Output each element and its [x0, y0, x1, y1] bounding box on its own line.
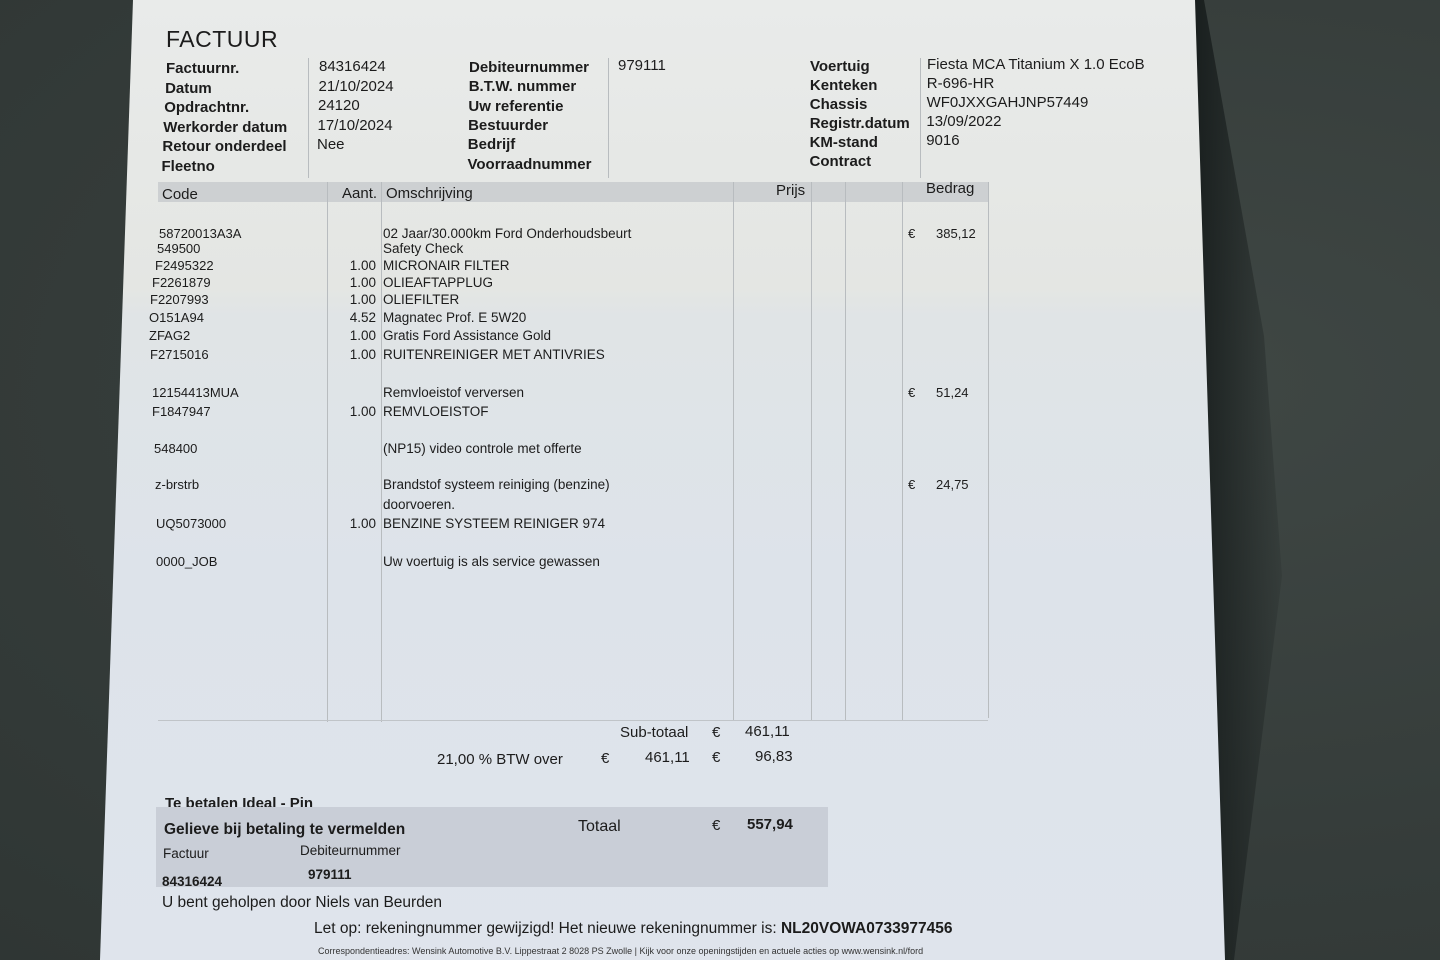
header-field-value: 17/10/2024: [318, 117, 393, 134]
header-field-label: Factuurnr.: [166, 60, 239, 77]
account-change-notice: Let op: rekeningnummer gewijzigd! Het ni…: [314, 920, 952, 938]
vat-base-currency: €: [601, 750, 609, 767]
line-item-quantity: 1.00: [316, 404, 376, 419]
line-item-amount: 385,12: [936, 226, 976, 241]
header-field-label: Werkorder datum: [163, 119, 287, 136]
col-header-qty: Aant.: [342, 185, 377, 202]
col-header-amount: Bedrag: [926, 180, 974, 197]
table-header-bar: [158, 182, 988, 202]
line-item-code: F1847947: [152, 404, 211, 419]
line-item-description: (NP15) video controle met offerte: [383, 441, 582, 456]
header-field-value: WF0JXXGAHJNP57449: [927, 94, 1089, 111]
line-item-code: 549500: [157, 241, 200, 256]
table-bottom-border: [158, 720, 988, 721]
line-item-code: F2261879: [152, 275, 211, 290]
line-item-quantity: 4.52: [316, 310, 376, 325]
line-item-quantity: 1.00: [316, 328, 376, 343]
line-item-amount: 24,75: [936, 477, 969, 492]
header-divider: [608, 58, 609, 178]
line-item-description: Gratis Ford Assistance Gold: [383, 328, 551, 343]
line-item-description: RUITENREINIGER MET ANTIVRIES: [383, 347, 605, 362]
header-field-label: Retour onderdeel: [162, 138, 286, 155]
line-item-code: F2207993: [150, 292, 209, 307]
header-field-value: 24120: [318, 97, 360, 114]
line-item-code: 12154413MUA: [152, 385, 239, 400]
header-field-label: KM-stand: [810, 134, 878, 151]
helped-by-text: U bent geholpen door Niels van Beurden: [162, 894, 442, 912]
payment-instruction: Gelieve bij betaling te vermelden: [164, 821, 405, 839]
header-field-label: Chassis: [810, 96, 868, 113]
col-header-description: Omschrijving: [386, 185, 473, 202]
line-item-description: 02 Jaar/30.000km Ford Onderhoudsbeurt: [383, 226, 631, 241]
invoice-ref-number: 84316424: [162, 874, 222, 889]
line-item-quantity: 1.00: [316, 347, 376, 362]
header-field-value: 84316424: [319, 58, 386, 75]
line-item-code: ZFAG2: [149, 328, 190, 343]
line-item-description: doorvoeren.: [383, 497, 455, 512]
table-column-line: [381, 182, 382, 722]
invoice-ref-label: Factuur: [163, 846, 209, 861]
line-item-currency: €: [908, 385, 915, 400]
header-field-label: Uw referentie: [468, 98, 563, 115]
header-divider: [920, 58, 921, 178]
header-field-value: 21/10/2024: [319, 78, 394, 95]
line-item-code: 0000_JOB: [156, 554, 217, 569]
table-column-line: [811, 182, 812, 720]
line-item-currency: €: [908, 477, 915, 492]
header-field-label: Registr.datum: [810, 115, 910, 132]
line-item-code: z-brstrb: [155, 477, 199, 492]
line-item-description: OLIEAFTAPPLUG: [383, 275, 493, 290]
header-field-value: Fiesta MCA Titanium X 1.0 EcoB: [927, 56, 1145, 73]
header-field-label: Datum: [165, 80, 212, 97]
payment-reference-box: [156, 807, 828, 887]
subtotal-currency: €: [712, 724, 720, 741]
header-field-label: Opdrachtnr.: [164, 99, 249, 116]
line-item-code: 58720013A3A: [159, 226, 241, 241]
notice-text: Let op: rekeningnummer gewijzigd! Het ni…: [314, 920, 777, 937]
vat-amount: 96,83: [755, 748, 793, 765]
table-right-border: [988, 182, 989, 718]
subtotal-value: 461,11: [745, 723, 790, 740]
line-item-code: F2715016: [150, 347, 209, 362]
vat-base-value: 461,11: [645, 749, 690, 766]
line-item-description: REMVLOEISTOF: [383, 404, 489, 419]
header-field-label: Voertuig: [810, 58, 870, 75]
line-item-description: Remvloeistof verversen: [383, 385, 524, 400]
total-value: 557,94: [747, 816, 793, 833]
line-item-code: 548400: [154, 441, 197, 456]
subtotal-label: Sub-totaal: [620, 724, 688, 741]
line-item-description: MICRONAIR FILTER: [383, 258, 510, 273]
header-field-label: Kenteken: [810, 77, 878, 94]
header-field-value: R-696-HR: [927, 75, 995, 92]
line-item-description: BENZINE SYSTEEM REINIGER 974: [383, 516, 605, 531]
header-field-value: 9016: [926, 132, 959, 149]
total-label: Totaal: [578, 818, 621, 836]
table-column-line: [845, 182, 846, 720]
header-field-label: Fleetno: [162, 158, 215, 175]
col-header-code: Code: [162, 186, 198, 203]
line-item-code: F2495322: [155, 258, 214, 273]
debtor-ref-number: 979111: [308, 867, 352, 882]
line-item-description: Safety Check: [383, 241, 463, 256]
line-item-description: Magnatec Prof. E 5W20: [383, 310, 526, 325]
line-item-code: UQ5073000: [156, 516, 226, 531]
table-column-line: [902, 182, 903, 720]
line-item-quantity: 1.00: [316, 275, 376, 290]
document-title: FACTUUR: [166, 26, 278, 53]
debtor-ref-label: Debiteurnummer: [300, 843, 401, 858]
header-field-label: B.T.W. nummer: [469, 78, 577, 95]
vat-currency: €: [712, 749, 720, 766]
header-field-value: Nee: [317, 136, 345, 153]
line-item-amount: 51,24: [936, 385, 969, 400]
header-field-label: Debiteurnummer: [469, 59, 589, 76]
header-divider: [308, 58, 309, 178]
line-item-description: Uw voertuig is als service gewassen: [383, 554, 600, 569]
total-currency: €: [712, 817, 720, 834]
col-header-price: Prijs: [776, 182, 805, 199]
line-item-quantity: 1.00: [316, 258, 376, 273]
line-item-currency: €: [908, 226, 915, 241]
footer-correspondence: Correspondentieadres: Wensink Automotive…: [318, 946, 923, 956]
header-field-label: Voorraadnummer: [468, 156, 592, 173]
line-item-code: O151A94: [149, 310, 204, 325]
line-item-quantity: 1.00: [316, 292, 376, 307]
header-field-label: Bedrijf: [468, 136, 516, 153]
line-item-description: OLIEFILTER: [383, 292, 459, 307]
header-field-label: Contract: [810, 153, 872, 170]
new-iban: NL20VOWA0733977456: [781, 920, 952, 937]
line-item-description: Brandstof systeem reiniging (benzine): [383, 477, 610, 492]
table-column-line: [733, 182, 734, 720]
line-item-quantity: 1.00: [316, 516, 376, 531]
header-field-value: 979111: [618, 57, 666, 74]
header-field-value: 13/09/2022: [926, 113, 1001, 130]
vat-label: 21,00 % BTW over: [437, 751, 563, 768]
header-field-label: Bestuurder: [468, 117, 548, 134]
